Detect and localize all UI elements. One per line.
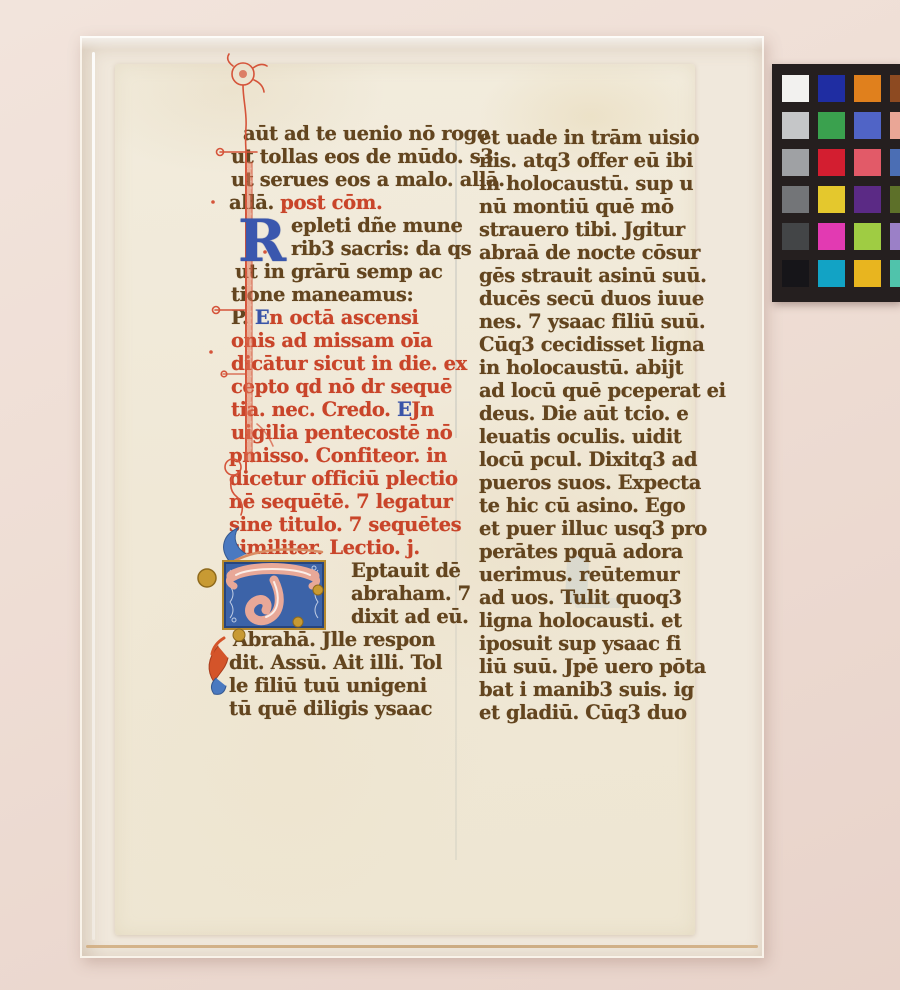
manuscript-line: uerimus. reūtemur	[479, 563, 679, 586]
manuscript-line: Eptauit dē	[351, 559, 461, 582]
manuscript-line: perātes pquā adora	[479, 540, 683, 563]
manuscript-line: pueros suos. Expecta	[479, 471, 701, 494]
text-segment-brown: locū pcul. Dixitq3 ad	[479, 448, 697, 471]
manuscript-line: strauero tibi. Jgitur	[479, 218, 685, 241]
manuscript-line: nū montiū quē mō	[479, 195, 674, 218]
color-swatch	[854, 223, 881, 250]
text-segment-brown: ad uos. Tulit quoq3	[479, 586, 682, 609]
penwork-flourish	[205, 52, 275, 542]
text-segment-brown: nū montiū quē mō	[479, 195, 674, 218]
initial-R: R	[238, 212, 286, 270]
text-segment-blue: E	[397, 398, 411, 421]
text-segment-brown: perātes pquā adora	[479, 540, 683, 563]
frame-highlight	[92, 52, 95, 940]
color-swatch	[818, 260, 845, 287]
text-segment-brown: et uade in trām uisio	[479, 126, 699, 149]
text-segment-brown: pueros suos. Expecta	[479, 471, 701, 494]
text-segment-brown: in holocaustū. sup u	[479, 172, 693, 195]
text-segment-brown: leuatis oculis. uidit	[479, 425, 681, 448]
color-swatch	[818, 149, 845, 176]
text-segment-brown: aūt ad te uenio nō rogo	[243, 122, 490, 145]
text-segment-red: post cōm.	[280, 191, 382, 214]
manuscript-line: ligna holocausti. et	[479, 609, 682, 632]
manuscript-line: tū quē diligis ysaac	[229, 697, 432, 720]
color-calibration-card	[772, 64, 900, 302]
photograph-of-framed-manuscript: { "scene": { "description": "Framed medi…	[0, 0, 900, 990]
manuscript-line: abraham. 7	[351, 582, 471, 605]
manuscript-line: deus. Die aūt tcio. e	[479, 402, 688, 425]
manuscript-line: locū pcul. Dixitq3 ad	[479, 448, 697, 471]
text-segment-brown: Cūq3 cecidisset ligna	[479, 333, 704, 356]
text-segment-brown: rib3 sacris: da qs	[291, 237, 471, 260]
color-swatch	[854, 112, 881, 139]
color-swatch	[890, 223, 900, 250]
manuscript-line: liū suū. Jpē uero pōta	[479, 655, 706, 678]
manuscript-line: nes. 7 ysaac filiū suū.	[479, 310, 705, 333]
manuscript-line: in holocaustū. abijt	[479, 356, 683, 379]
color-swatch	[854, 75, 881, 102]
swatch-grid	[782, 75, 900, 287]
text-segment-brown: gēs strauit asinū suū.	[479, 264, 707, 287]
manuscript-line: et uade in trām uisio	[479, 126, 699, 149]
text-segment-brown: ducēs secū duos iuue	[479, 287, 704, 310]
manuscript-line: iposuit sup ysaac fi	[479, 632, 681, 655]
text-segment-brown: deus. Die aūt tcio. e	[479, 402, 688, 425]
color-swatch	[890, 186, 900, 213]
color-swatch	[782, 186, 809, 213]
manuscript-line: dixit ad eū.	[351, 605, 469, 628]
text-segment-brown: et puer illuc usq3 pro	[479, 517, 707, 540]
text-segment-brown: dixit ad eū.	[351, 605, 469, 628]
text-segment-brown: abraham. 7	[351, 582, 471, 605]
text-segment-brown: ligna holocausti. et	[479, 609, 682, 632]
manuscript-line: ad locū quē pceperat ei	[479, 379, 726, 402]
color-swatch	[818, 186, 845, 213]
color-swatch	[890, 260, 900, 287]
color-swatch	[782, 112, 809, 139]
text-segment-red: n octā ascensi	[269, 306, 418, 329]
text-segment-brown: bat i manib3 suis. ig	[479, 678, 694, 701]
illuminated-initial-T	[190, 518, 340, 698]
text-segment-brown: uerimus. reūtemur	[479, 563, 679, 586]
manuscript-line: ad uos. Tulit quoq3	[479, 586, 682, 609]
manuscript-line: ducēs secū duos iuue	[479, 287, 704, 310]
color-swatch	[890, 112, 900, 139]
text-segment-brown: ad locū quē pceperat ei	[479, 379, 726, 402]
manuscript-line: abraā de nocte cōsur	[479, 241, 700, 264]
manuscript-line: aūt ad te uenio nō rogo	[243, 122, 490, 145]
text-segment-brown: in holocaustū. abijt	[479, 356, 683, 379]
color-swatch	[890, 75, 900, 102]
manuscript-line: et gladiū. Cūq3 duo	[479, 701, 687, 724]
color-swatch	[854, 260, 881, 287]
color-swatch	[782, 260, 809, 287]
text-segment-brown: te hic cū asino. Ego	[479, 494, 685, 517]
color-swatch	[782, 223, 809, 250]
color-swatch	[782, 149, 809, 176]
text-segment-red: Jn	[411, 398, 434, 421]
text-segment-brown: nis. atq3 offer eū ibi	[479, 149, 693, 172]
color-swatch	[818, 223, 845, 250]
text-segment-brown: tū quē diligis ysaac	[229, 697, 432, 720]
manuscript-line: rib3 sacris: da qs	[291, 237, 471, 260]
manuscript-line: nis. atq3 offer eū ibi	[479, 149, 693, 172]
color-swatch	[782, 75, 809, 102]
text-segment-brown: epleti dñe mune	[291, 214, 462, 237]
manuscript-line: bat i manib3 suis. ig	[479, 678, 694, 701]
color-swatch	[818, 112, 845, 139]
text-segment-brown: strauero tibi. Jgitur	[479, 218, 685, 241]
text-segment-brown: Eptauit dē	[351, 559, 461, 582]
color-swatch	[854, 186, 881, 213]
color-swatch	[890, 149, 900, 176]
color-swatch	[818, 75, 845, 102]
manuscript-line: leuatis oculis. uidit	[479, 425, 681, 448]
text-segment-brown: iposuit sup ysaac fi	[479, 632, 681, 655]
text-segment-brown: nes. 7 ysaac filiū suū.	[479, 310, 705, 333]
text-segment-brown: liū suū. Jpē uero pōta	[479, 655, 706, 678]
color-swatch	[854, 149, 881, 176]
manuscript-line: epleti dñe mune	[291, 214, 462, 237]
text-segment-brown: et gladiū. Cūq3 duo	[479, 701, 687, 724]
manuscript-line: et puer illuc usq3 pro	[479, 517, 707, 540]
manuscript-line: in holocaustū. sup u	[479, 172, 693, 195]
manuscript-line: gēs strauit asinū suū.	[479, 264, 707, 287]
manuscript-line: te hic cū asino. Ego	[479, 494, 685, 517]
text-segment-brown: abraā de nocte cōsur	[479, 241, 700, 264]
manuscript-line: Cūq3 cecidisset ligna	[479, 333, 704, 356]
